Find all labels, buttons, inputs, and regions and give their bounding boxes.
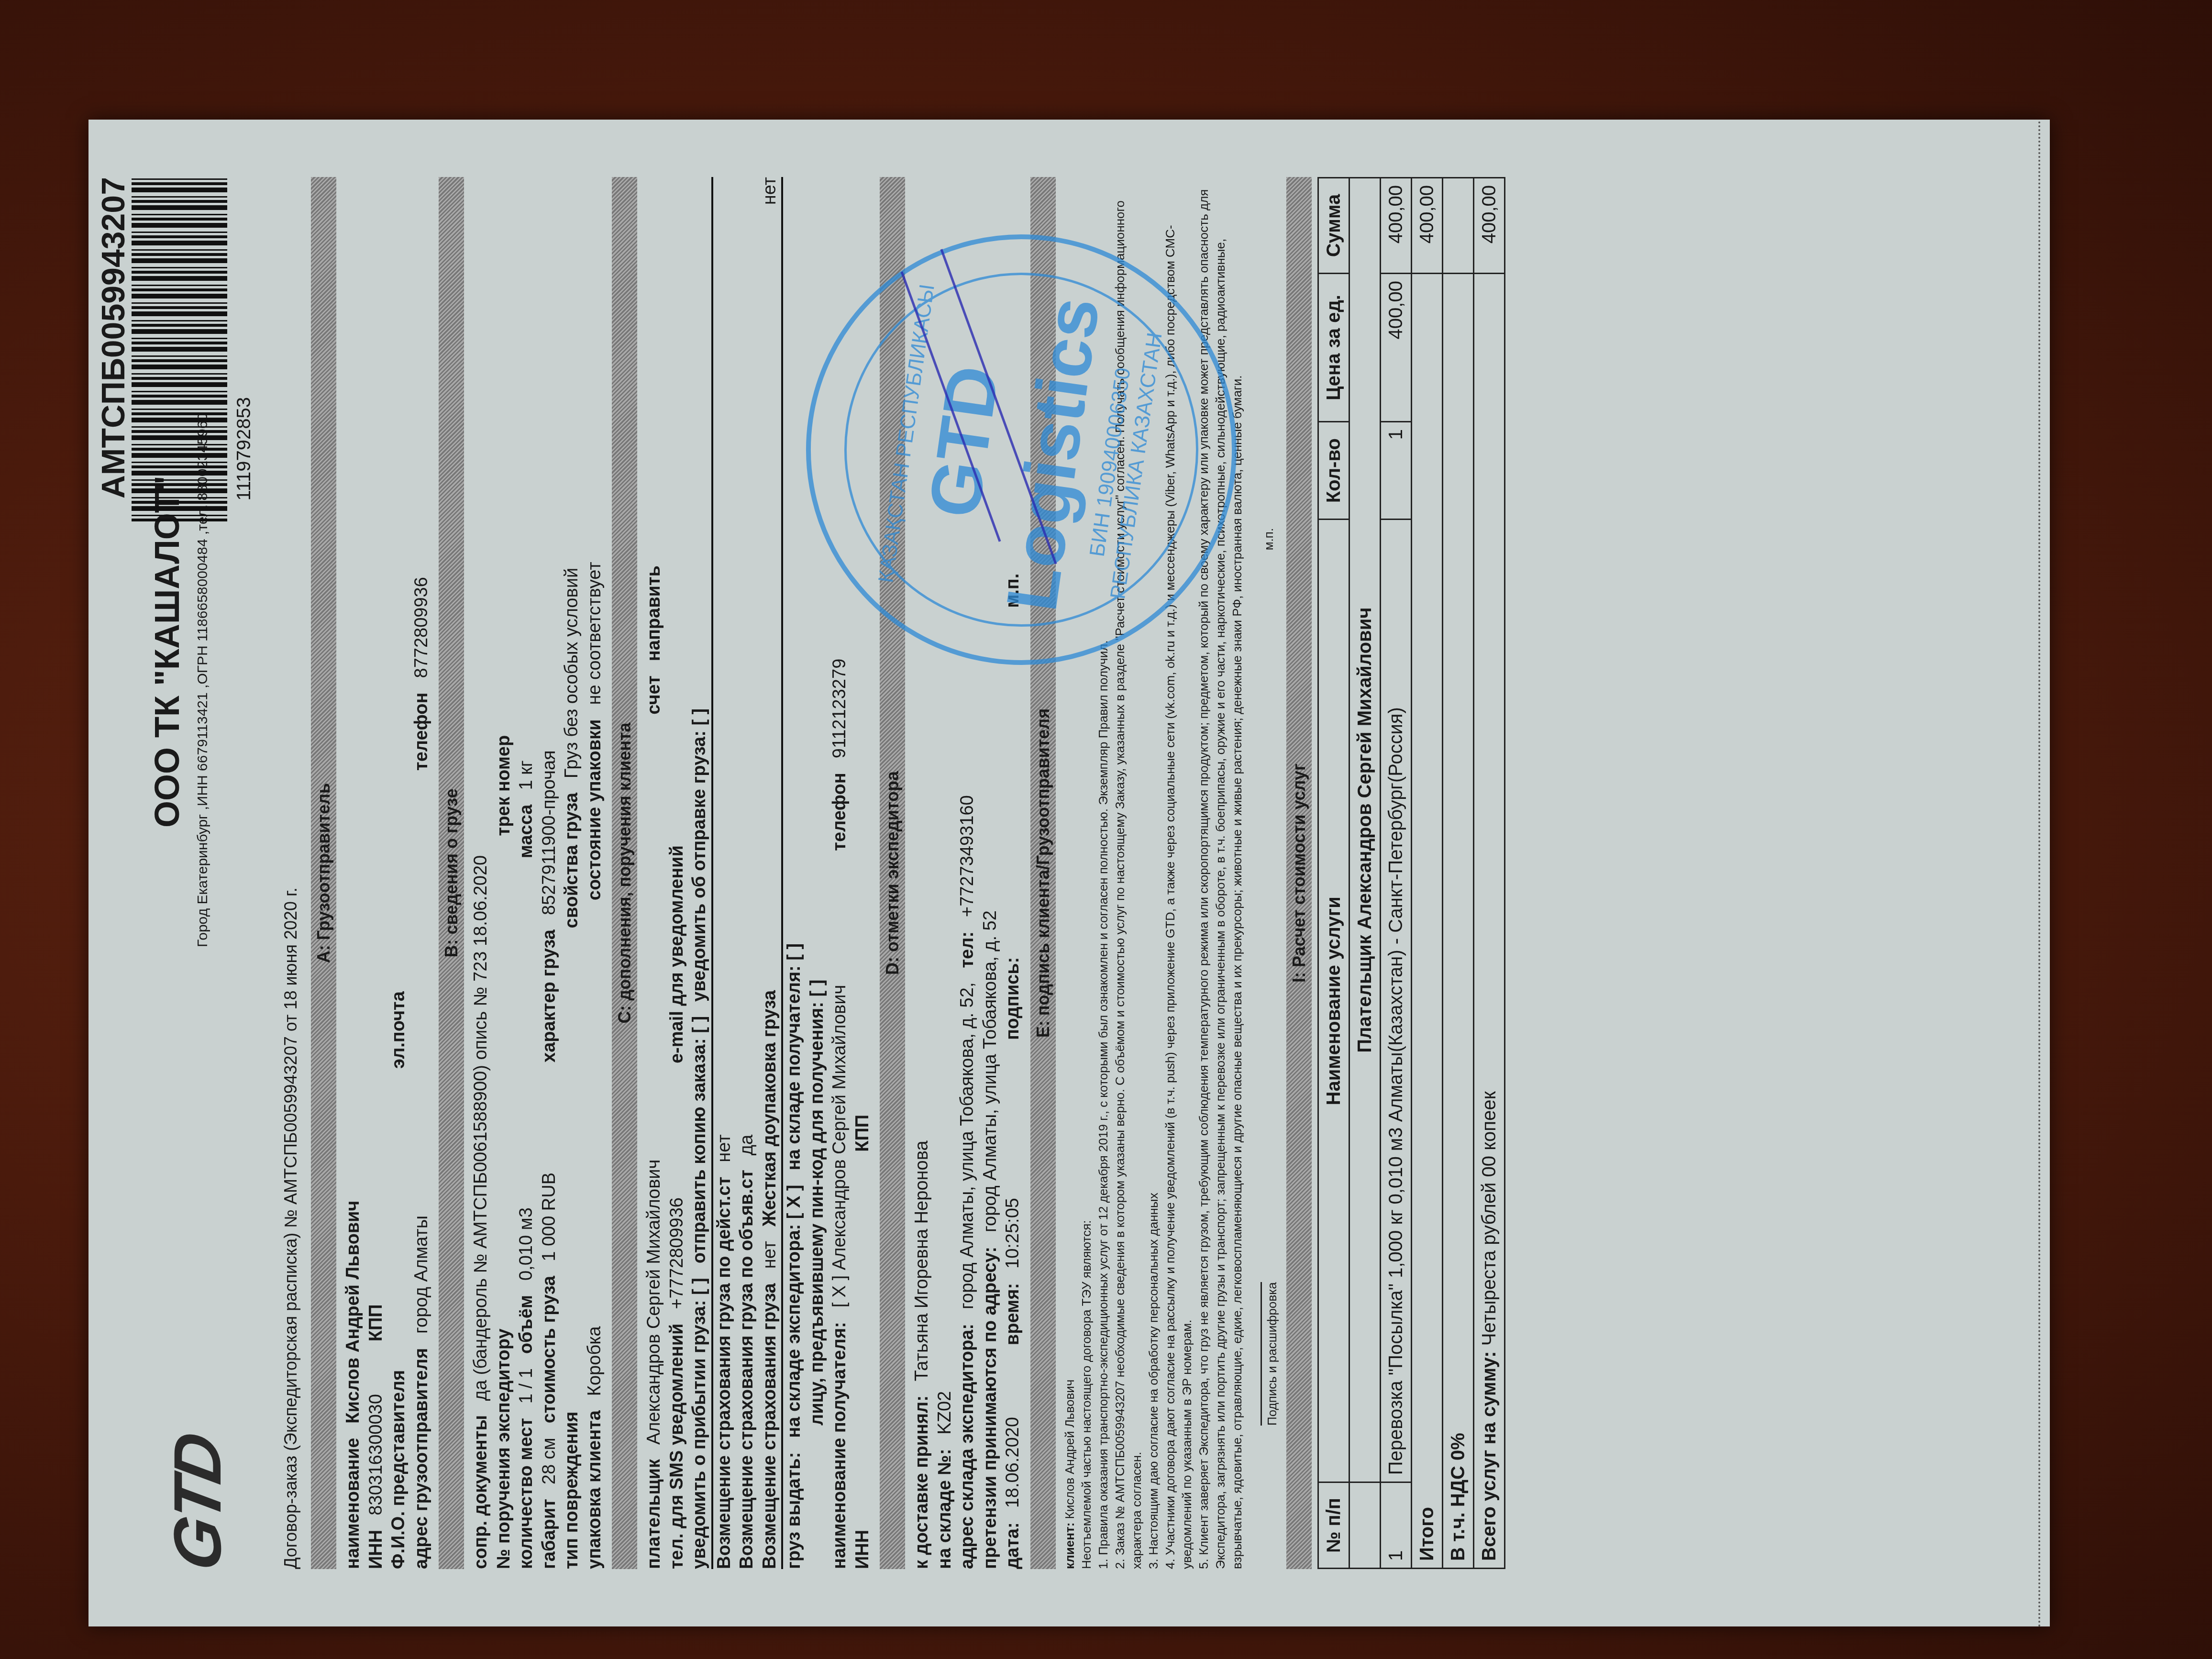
col-header: Цена за ед.	[1318, 274, 1349, 422]
payer-value: Александров Сергей Михайлович	[643, 1160, 666, 1445]
section-i-title: I: Расчет стоимости услуг	[1286, 177, 1312, 1569]
label: тел. для SMS уведомлений	[666, 1324, 689, 1569]
barcode-icon	[132, 177, 227, 521]
section-a-title: A: Грузоотправитель	[311, 177, 336, 1569]
mass-value: 1 кг	[515, 760, 538, 790]
label: состояние упаковки	[584, 719, 607, 901]
stamp-ring-text: ҚАЗАҚСТАН РЕСПУБЛИКАСЫ	[873, 283, 940, 585]
size-value: 28 см	[538, 1438, 561, 1484]
cost-table: № п/п Наименование услуги Кол-во Цена за…	[1317, 177, 1505, 1569]
cell: Перевозка "Посылка" 1,000 кг 0,010 м3 Ал…	[1380, 520, 1411, 1482]
notify-arrival-checkbox: уведомить о прибытии груза: [ ]	[688, 1278, 711, 1569]
claims-address: город Алматы, улица Тобаякова, д. 52	[979, 910, 1002, 1232]
org-name: ООО ТК "КАШАЛОТ"	[146, 476, 189, 828]
cell: 400,00	[1380, 274, 1411, 422]
insurance-label: Возмещение страхования груза	[759, 1283, 782, 1569]
col-header: Кол-во	[1318, 422, 1349, 520]
cell: 1	[1380, 422, 1411, 520]
label: тип повреждения	[561, 1411, 584, 1569]
label: сопр. документы	[470, 1415, 493, 1569]
insurance-label: Возмещение страхования груза по объяв.ст	[736, 1170, 759, 1569]
shipper-inn: 830316300030	[365, 1394, 388, 1515]
section-b-title: B: сведения о грузе	[439, 177, 464, 1569]
date-value: 18.06.2020	[1002, 1417, 1025, 1508]
gtd-logo: GTD	[155, 1429, 239, 1576]
label: КПП	[365, 1304, 388, 1341]
barcode-number: 1119792853	[232, 397, 256, 501]
label: ИНН	[852, 1530, 874, 1569]
label: телефон	[410, 693, 433, 771]
label: счет	[643, 675, 666, 714]
label: характер груза	[538, 929, 561, 1062]
label: тел:	[956, 931, 979, 968]
col-header: № п/п	[1318, 1482, 1349, 1569]
pack-value: Коробка	[584, 1326, 607, 1396]
cell: 1	[1380, 1482, 1411, 1569]
label: к доставке принял:	[911, 1395, 934, 1569]
label: претензии принимаются по адресу:	[979, 1247, 1002, 1569]
label: наименование получателя:	[829, 1322, 852, 1569]
send-copy-checkbox: отправить копию заказа: [ ]	[688, 1016, 711, 1263]
notify-send-checkbox: уведомить об отправке груза: [ ]	[688, 708, 711, 1002]
grand-value: 400,00	[1473, 178, 1504, 274]
insurance-value: нет	[759, 1241, 782, 1269]
label: КПП	[852, 1115, 874, 1152]
label: трек номер	[493, 735, 516, 836]
props-value: Груз без особых условий	[561, 568, 584, 778]
label: стоимость груза	[538, 1276, 561, 1424]
recipient-value: [ X ] Александров Сергей Михайлович	[829, 985, 852, 1308]
release-recipient-checkbox: на складе получателя: [ ]	[783, 943, 806, 1171]
recipient-phone: 9112123279	[829, 659, 852, 759]
insurance-value: да	[736, 1135, 759, 1155]
wh-phone: +77273493160	[956, 795, 979, 917]
hard-pack-value: нет	[759, 177, 782, 205]
col-header: Наименование услуги	[1318, 520, 1349, 1482]
places-value: 1 / 1	[515, 1368, 538, 1404]
label: свойства груза	[561, 793, 584, 929]
insurance-block: Возмещение страхования груза по дейст.ст…	[711, 177, 784, 1569]
label: Ф.И.О. представителя	[387, 1370, 410, 1569]
label: габарит	[538, 1499, 561, 1569]
doc-number: АМТСПБ0059943207	[93, 177, 134, 498]
insurance-value: нет	[713, 1134, 736, 1162]
label: на складе №:	[934, 1449, 957, 1569]
label: наименование	[342, 1438, 365, 1569]
label: количество мест	[515, 1418, 538, 1569]
grand-label: Всего услуг на сумму:	[1479, 1351, 1500, 1561]
shipper-phone: 8772809936	[410, 577, 433, 678]
table-row: 1 Перевозка "Посылка" 1,000 кг 0,010 м3 …	[1380, 178, 1411, 1569]
label: объём	[515, 1295, 538, 1354]
stamp-inner-text: БИН 190940006350	[1084, 366, 1137, 558]
total-value: 400,00	[1411, 178, 1442, 274]
label: эл.почта	[387, 991, 410, 1069]
vat-label: В т.ч. НДС 0%	[1442, 274, 1473, 1569]
vat-value	[1442, 178, 1473, 274]
document-header: GTD ООО ТК "КАШАЛОТ" Город Екатеринбург …	[132, 177, 289, 1569]
label: адрес грузоотправителя	[410, 1348, 433, 1569]
accepted-value: Татьяна Игоревна Неронова	[911, 1140, 934, 1381]
label: клиент:	[1062, 1523, 1077, 1569]
label: телефон	[829, 773, 852, 851]
stamp-ring-text: РЕСПУБЛИКА КАЗАХСТАН	[1105, 331, 1168, 601]
label: адрес склада экспедитора:	[956, 1324, 979, 1569]
client-value: Кислов Андрей Львович	[1062, 1380, 1077, 1519]
wh-address: город Алматы, улица Тобаякова, д. 52,	[956, 983, 979, 1309]
label: плательщик	[643, 1459, 666, 1569]
stamp-mark: м.п.	[1261, 528, 1281, 550]
col-header: Сумма	[1318, 178, 1349, 274]
docs-value: да (бандероль № АМТСПБ0061588900) опись …	[470, 855, 493, 1401]
cell: 400,00	[1380, 178, 1411, 274]
total-label: Итого	[1411, 274, 1442, 1569]
label: e-mail для уведомлений	[666, 845, 689, 1063]
character-value: 8527911900-прочая	[538, 750, 561, 915]
time-value: 10:25:05	[1002, 1198, 1025, 1269]
label: Жесткая доупаковка груза	[759, 990, 782, 1227]
label: время:	[1002, 1283, 1025, 1345]
label: дата:	[1002, 1522, 1025, 1569]
signature-caption: Подпись и расшифровка	[1261, 1282, 1281, 1426]
warehouse-value: KZ02	[934, 1391, 957, 1435]
label: груз выдать:	[783, 1452, 806, 1569]
shipper-address: город Алматы	[410, 1216, 433, 1334]
payer-row: Плательщик Александров Сергей Михайлович	[1349, 178, 1380, 1482]
sms-value: +7772809936	[666, 1197, 689, 1309]
section-c-title: C: дополнения, поручения клиента	[612, 177, 637, 1569]
label: № поручения экспедитору	[493, 1328, 516, 1569]
pack-state-value: не соответствует	[584, 562, 607, 705]
grand-words: Четыреста рублей 00 копеек	[1479, 1091, 1500, 1346]
label: подпись:	[1002, 957, 1025, 1040]
insurance-label: Возмещение страхования груза по дейст.ст	[713, 1177, 736, 1569]
label: ИНН	[365, 1530, 388, 1569]
shipper-name: Кислов Андрей Львович	[342, 1201, 365, 1424]
volume-value: 0,010 м3	[515, 1207, 538, 1281]
contract-document: GTD ООО ТК "КАШАЛОТ" Город Екатеринбург …	[88, 120, 2050, 1626]
release-warehouse-checkbox: на складе экспедитора: [ X ]	[783, 1184, 806, 1438]
release-pin-checkbox: лицу, предъявившему пин-код для получени…	[806, 980, 829, 1426]
label: масса	[515, 805, 538, 859]
label: упаковка клиента	[584, 1410, 607, 1569]
cost-value: 1 000 RUB	[538, 1172, 561, 1261]
invoice-value: направить	[643, 565, 666, 661]
